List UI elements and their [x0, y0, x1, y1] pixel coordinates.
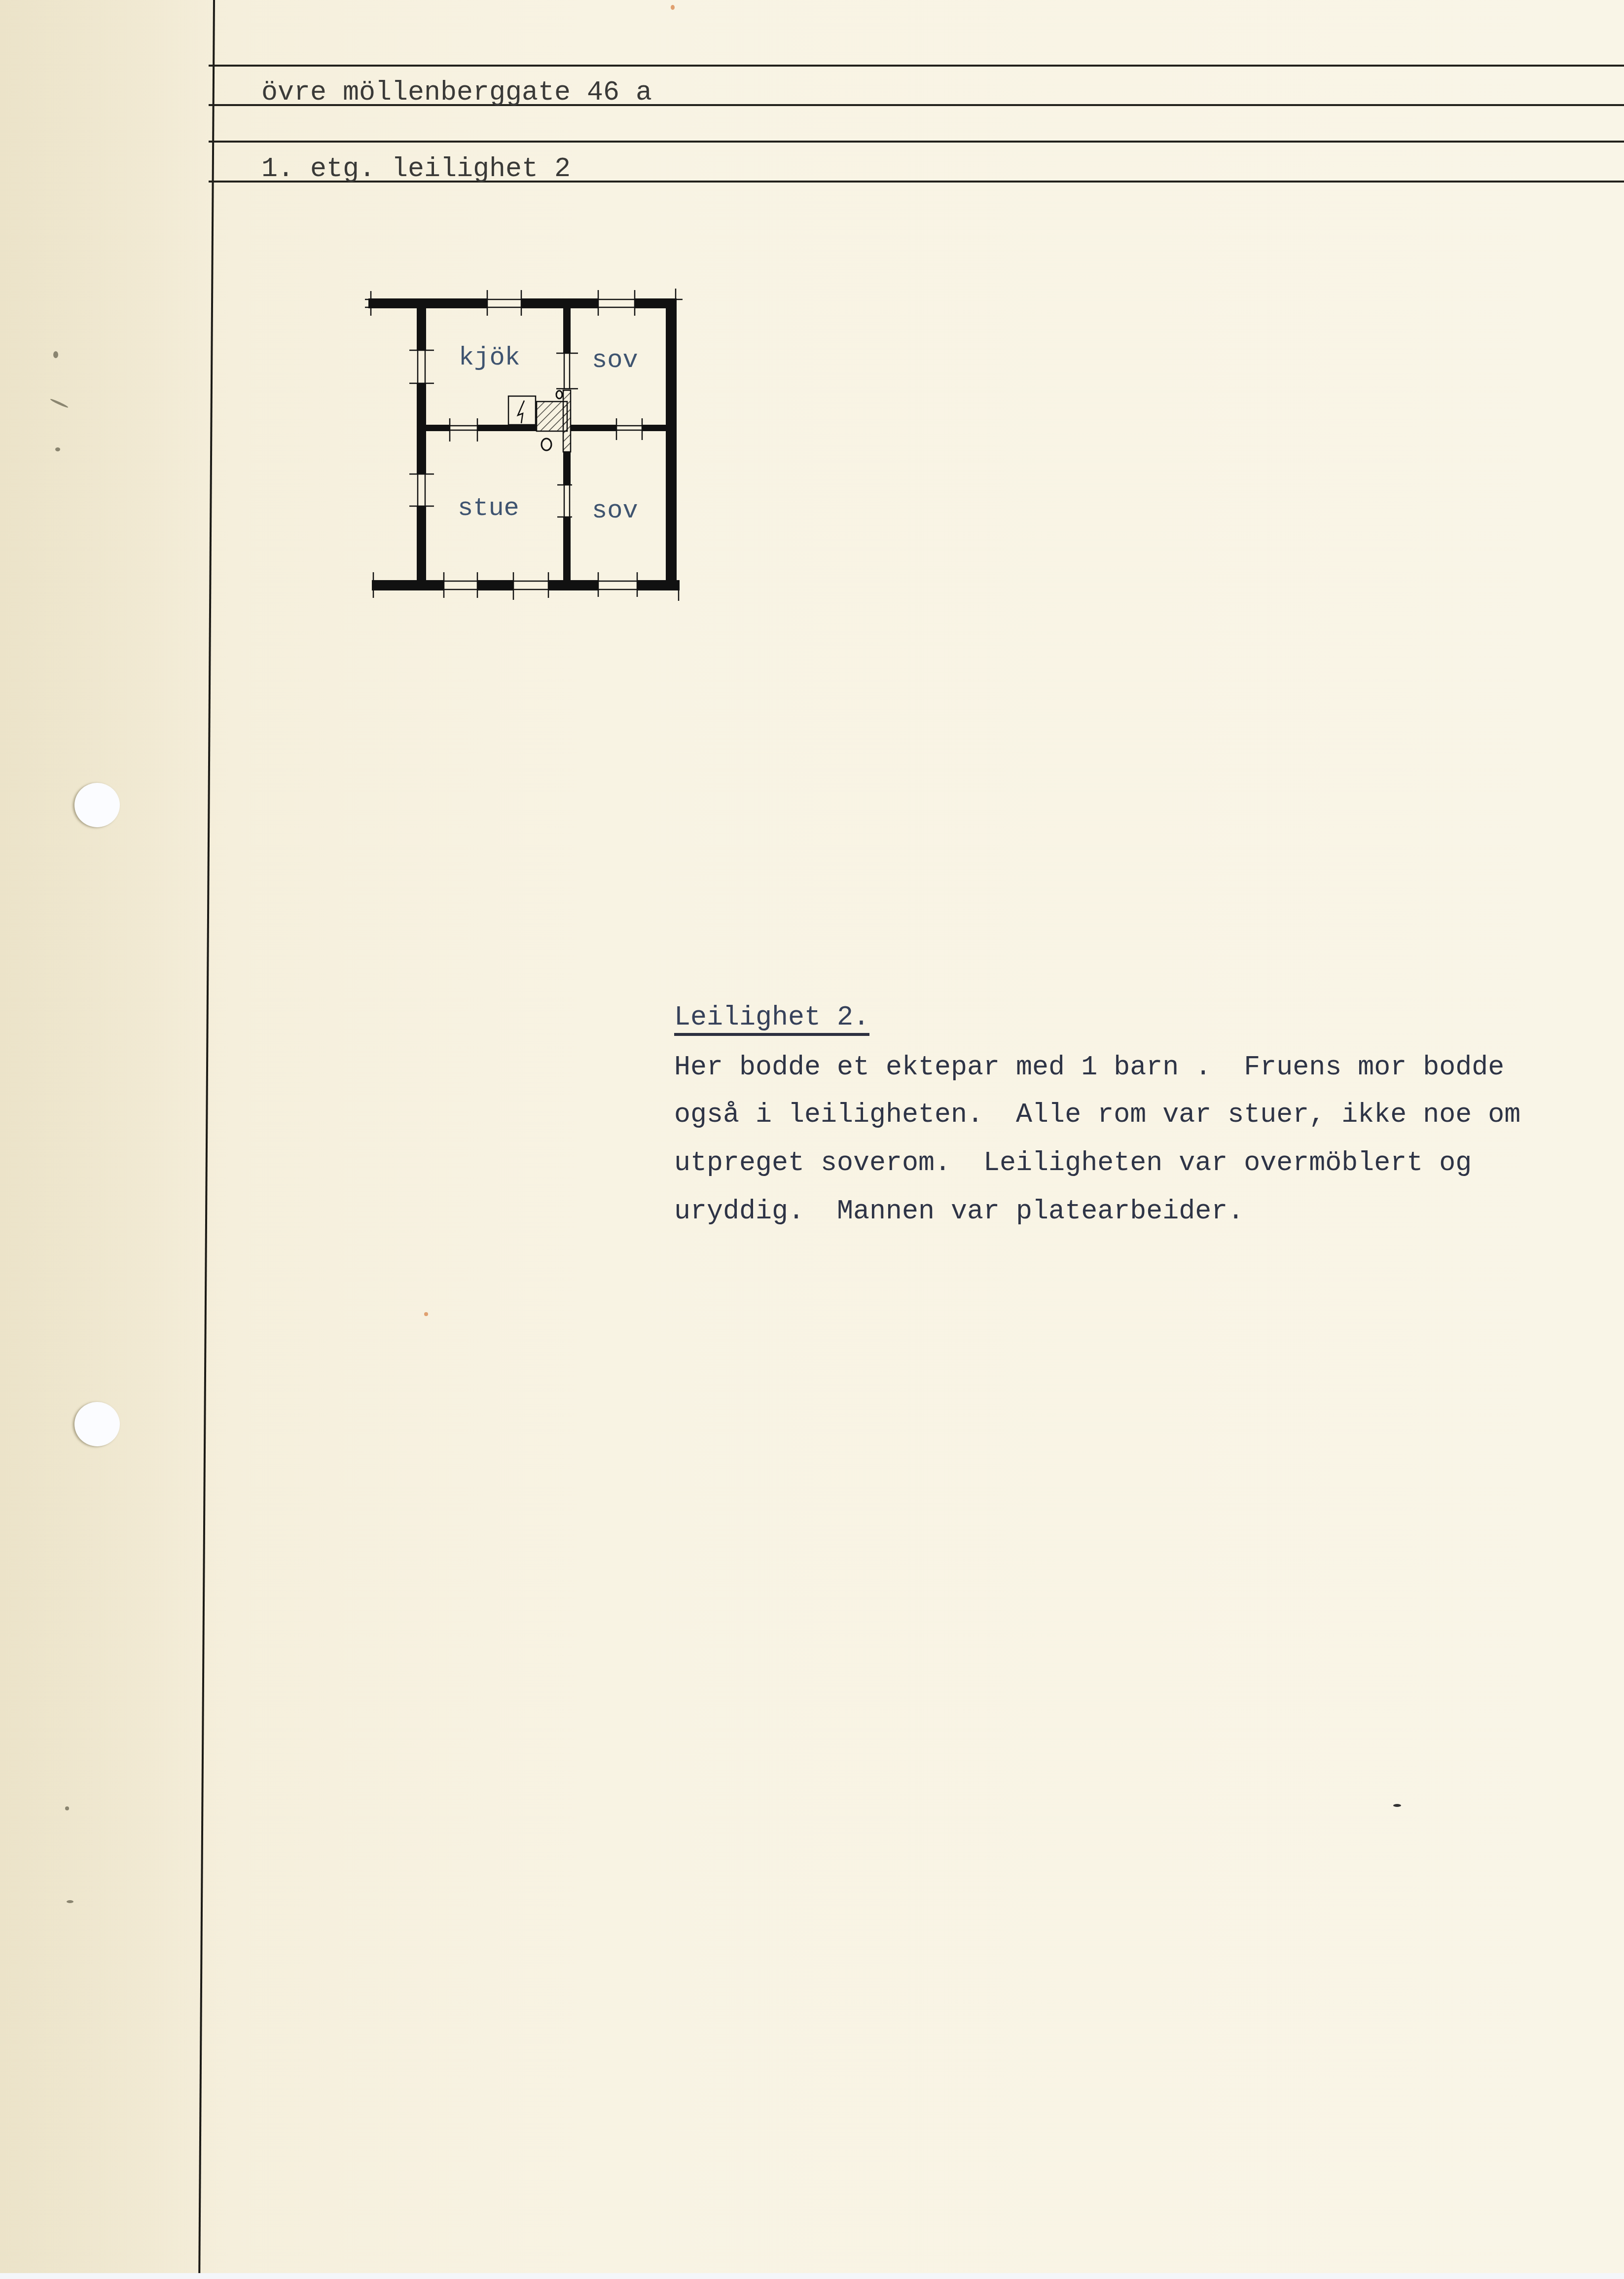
paper-speck: [67, 1900, 73, 1903]
paragraph-line: utpreget soverom. Leiligheten var overmö…: [674, 1149, 1472, 1176]
paper-speck: [424, 1312, 428, 1316]
paragraph-line: også i leiligheten. Alle rom var stuer, …: [674, 1101, 1520, 1128]
form-rule-3: [209, 141, 1624, 143]
paper-speck: [55, 447, 60, 451]
paragraph-line: Her bodde et ektepar med 1 barn . Fruens…: [674, 1054, 1504, 1081]
address-field: övre möllenberggate 46 a: [261, 79, 652, 106]
paragraph-line: uryddig. Mannen var platearbeider.: [674, 1198, 1244, 1225]
section-heading: Leilighet 2.: [674, 1004, 869, 1036]
floor-unit-field: 1. etg. leilighet 2: [261, 155, 571, 183]
binding-margin: [0, 0, 222, 2273]
paper-sheet: [0, 0, 1624, 2273]
paper-speck: [65, 1806, 69, 1810]
paper-speck: [1393, 1804, 1401, 1807]
punch-hole-top: [74, 783, 120, 827]
paper-speck: [53, 351, 58, 358]
punch-hole-bottom: [74, 1402, 120, 1446]
paper-speck: [671, 5, 675, 10]
form-rule-1: [209, 65, 1624, 67]
